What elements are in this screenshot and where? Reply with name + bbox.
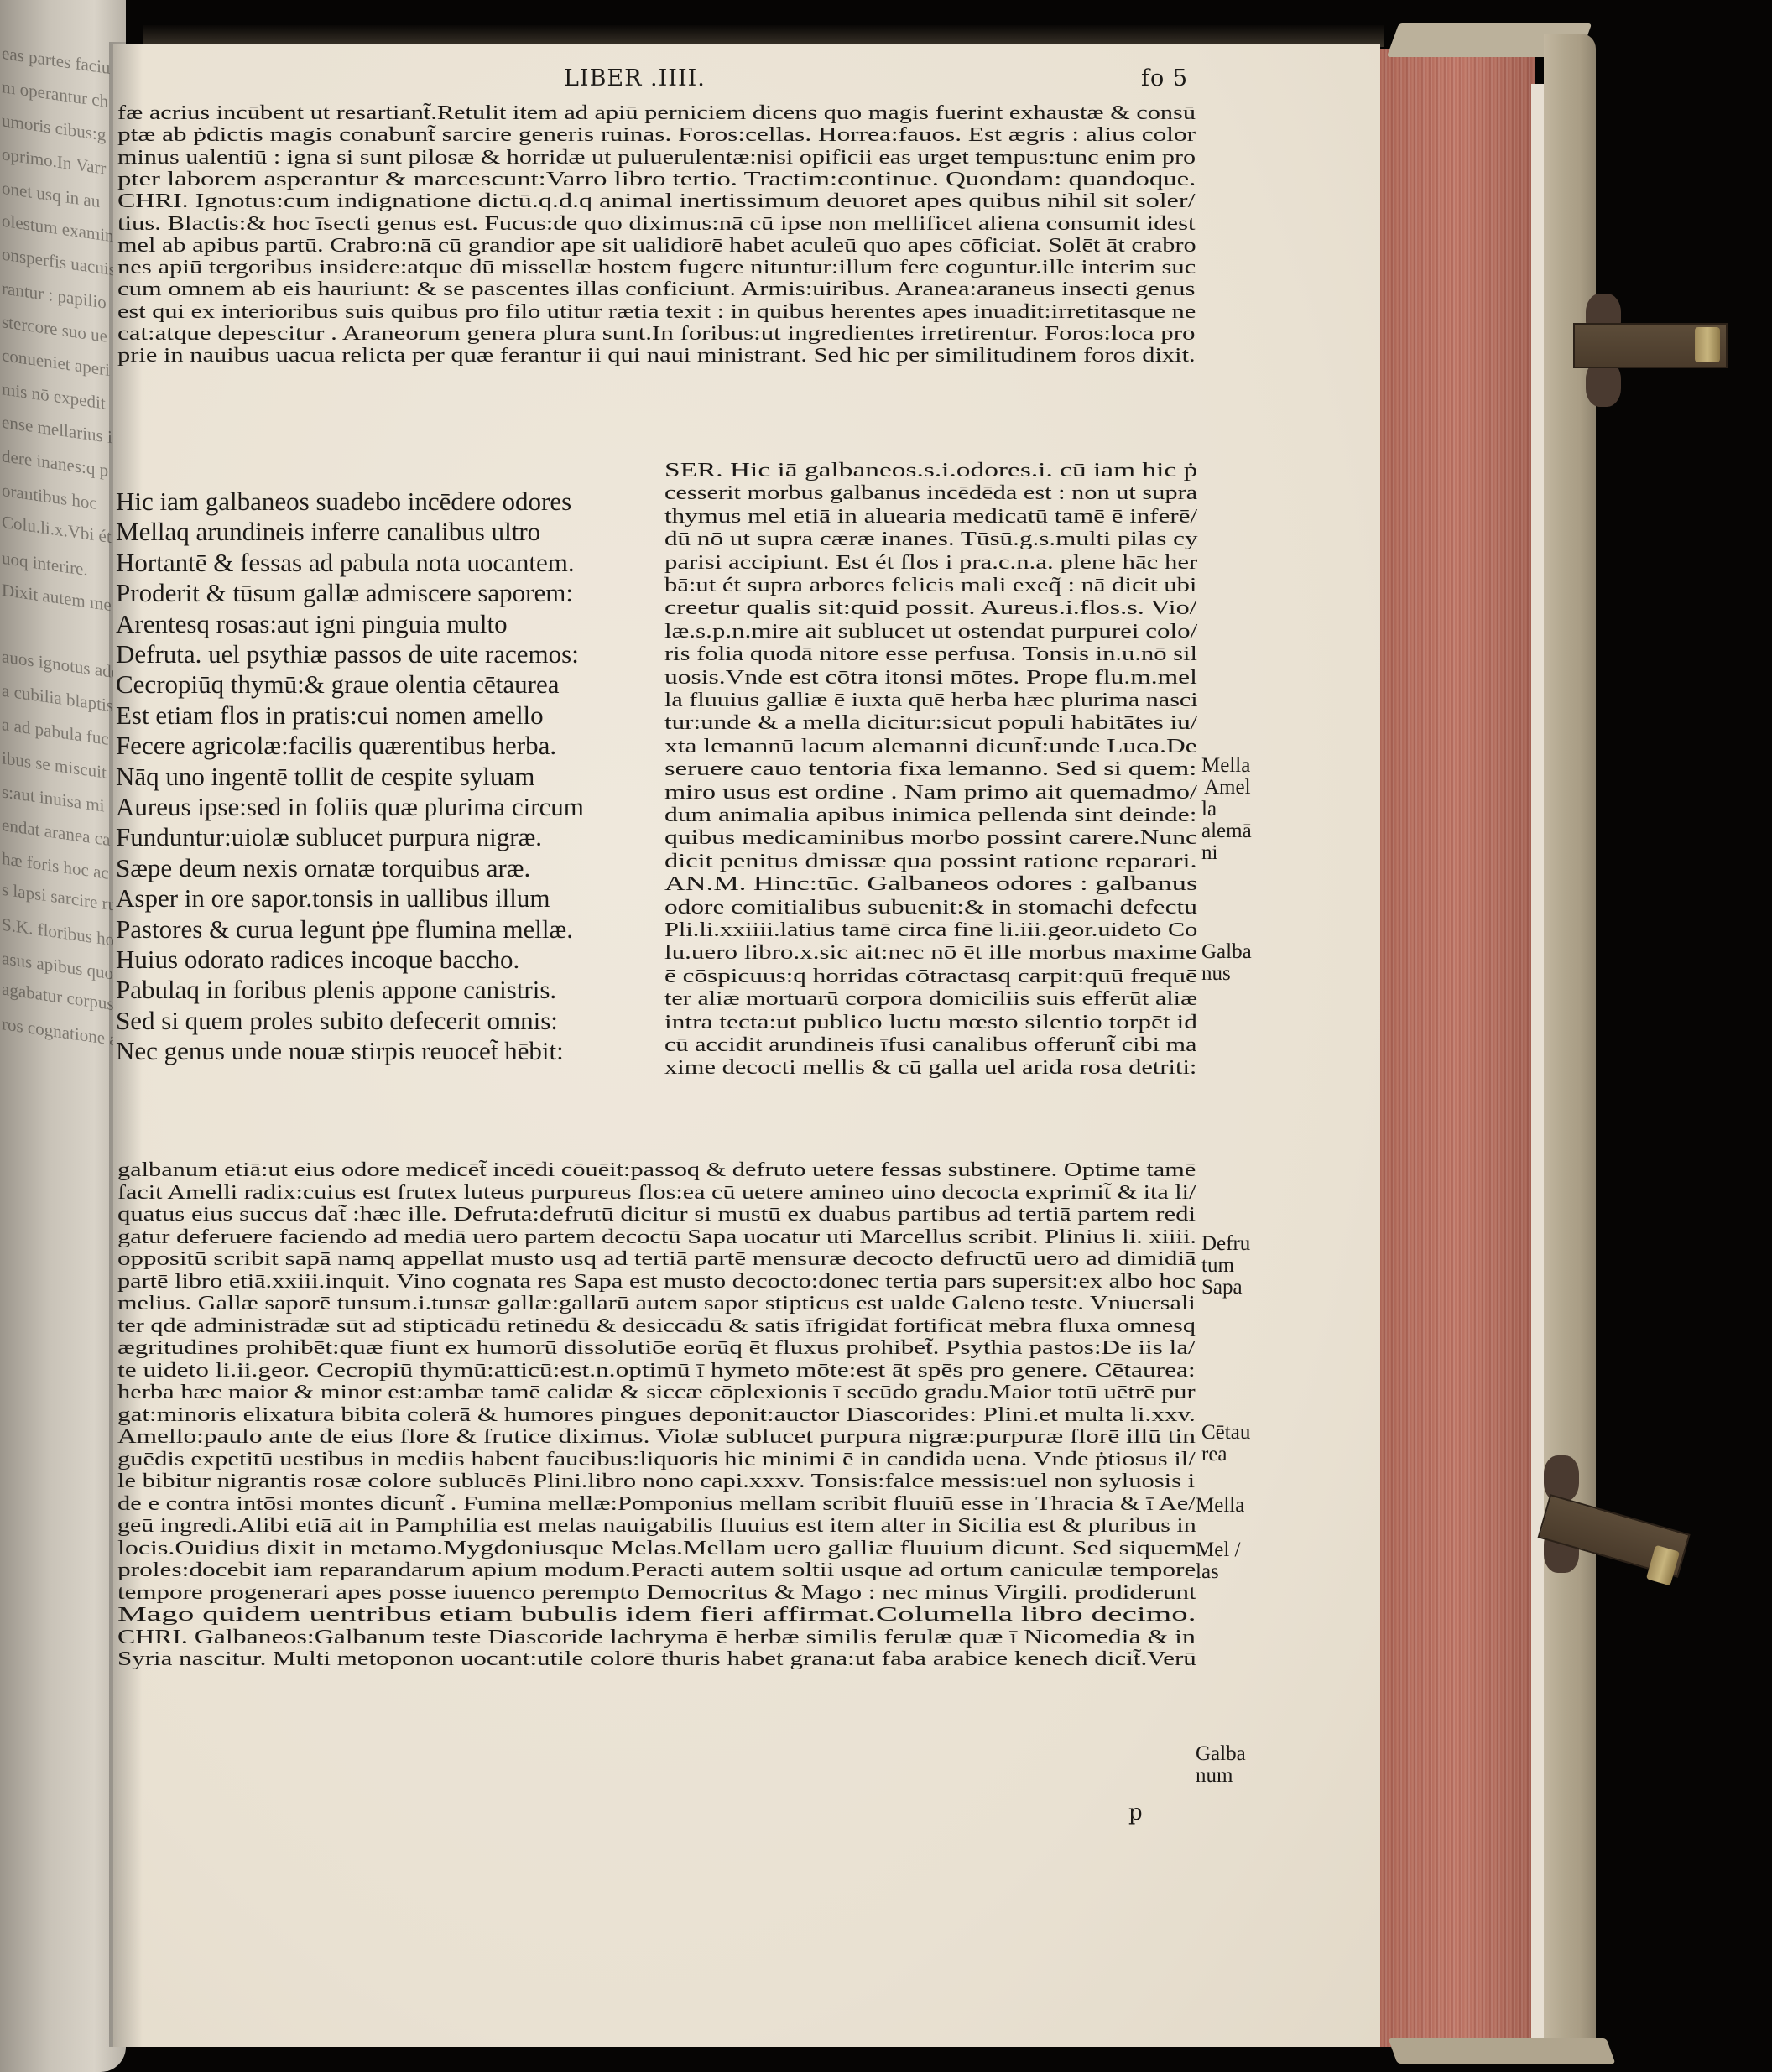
text-line: ris folia quodā nitore esse perfusa. Ton… — [664, 643, 1197, 665]
text-line: Nāq uno ingentē tollit de cespite syluam — [116, 762, 534, 792]
text-line: Pabulaq in foribus plenis appone canistr… — [116, 975, 556, 1005]
left-page-text-line: onet usq in au — [2, 178, 100, 212]
text-line: quibus medicaminibus morbo possint carer… — [664, 826, 1197, 849]
text-line: Mellaq arundineis inferre canalibus ultr… — [116, 517, 540, 547]
text-line: Defruta. uel psythiæ passos de uite race… — [116, 639, 579, 669]
signature-mark: p — [1128, 1800, 1143, 1825]
text-line: tius. Blactis:& hoc īsecti genus est. Fu… — [117, 213, 1196, 235]
text-line: dum animalia apibus inimica pellenda sin… — [664, 804, 1196, 826]
left-page-fragment: eas partes facium operantur chumoris cib… — [0, 0, 126, 2072]
text-line: ter qdē administrādæ sūt ad stipticādū r… — [117, 1315, 1196, 1337]
text-line: parisi accipiunt. Est ét flos i pra.c.n.… — [664, 551, 1197, 574]
text-line: prie in nauibus uacua relicta per quæ fe… — [117, 345, 1196, 367]
left-page-text-line: stercore suo ue — [2, 311, 107, 347]
text-line: Mago quidem uentribus etiam bubulis idem… — [117, 1604, 1196, 1626]
text-line: ē cōspicuus:q horridas cōtractasq carpit… — [664, 965, 1197, 987]
red-page-edge-shade — [1380, 49, 1535, 2047]
margin-note: Mella — [1196, 1495, 1244, 1517]
margin-note: Cētau — [1201, 1422, 1250, 1444]
text-line: ptæ ab ṗdictis magis conabunt̃ sarcire g… — [117, 124, 1196, 146]
text-line: facit Amelli radix:cuius est frutex lute… — [117, 1182, 1196, 1204]
text-line: le bibitur nigrantis rosæ colore sublucē… — [117, 1471, 1195, 1492]
text-line: AN.M. Hinc:tūc. Galbaneos odores : galba… — [664, 872, 1197, 895]
left-page-text-line: s lapsi sarcire ruinas. — [2, 879, 126, 921]
text-line: de e contra intōsi montes dicunt̃ . Fumi… — [117, 1493, 1196, 1515]
margin-note: Galba — [1196, 1743, 1246, 1765]
text-line: ter aliæ mortuarū corpora domiciliis sui… — [664, 987, 1197, 1010]
left-page-text-line: ense mellarius i — [2, 412, 112, 449]
text-line: ægritudines prohibēt:quæ fiunt ex humorū… — [117, 1337, 1196, 1359]
text-line: Nec genus unde nouæ stirpis reuocet̃ hēb… — [116, 1036, 564, 1066]
text-line: miro usus est ordine . Nam primo ait que… — [664, 781, 1197, 804]
margin-note: nus — [1201, 963, 1231, 985]
left-page-text-line: olestum examin — [2, 211, 114, 247]
text-line: creetur qualis sit:quid possit. Aureus.i… — [664, 596, 1197, 619]
vellum-cover-bottom-corner — [1389, 2038, 1616, 2064]
text-line: dū nō ut supra cæræ inanes. Tūsū.g.s.mul… — [664, 528, 1198, 550]
text-line: proles:docebit iam reparandarum apium mo… — [117, 1559, 1196, 1581]
left-page-text-line: S.K. floribus horr — [2, 914, 126, 953]
text-line: dicit penitus dmissæ qua possint ratione… — [664, 850, 1197, 872]
text-line: xime decocti mellis & cū galla uel arida… — [664, 1056, 1196, 1079]
left-page-text-line: orantibus hoc — [2, 480, 97, 514]
text-line: est qui ex interioribus suis quibus pro … — [117, 301, 1196, 323]
text-line: guēdis expetitū uestibus in mediis haben… — [117, 1449, 1196, 1471]
text-line: Syria nascitur. Multi metoponon uocant:u… — [117, 1648, 1196, 1670]
margin-note: la — [1201, 799, 1217, 820]
text-line: locis.Ouidius dixit in metamo.Mygdoniusq… — [117, 1538, 1196, 1559]
text-line: cū accidit arundineis īfusi canalibus of… — [664, 1033, 1196, 1056]
left-page-text-line: umoris cibus:g — [2, 110, 106, 145]
left-page-text-line: uoq interire. — [2, 548, 88, 580]
text-line: lu.uero libro.x.sic ait:nec nō ēt ille m… — [664, 941, 1196, 964]
text-line: Cecropiūq thymū:& graue olentia cētaurea — [116, 669, 560, 700]
text-line: Asper in ore sapor.tonsis in uallibus il… — [116, 883, 550, 914]
left-page-text-line: dere inanes:q p — [2, 445, 108, 482]
text-line: quatus eius succus dat̃ :hæc ille. Defru… — [117, 1204, 1196, 1226]
text-line: CHRI. Galbaneos:Galbanum teste Diascorid… — [117, 1627, 1196, 1648]
text-line: Fecere agricolæ:facilis quærentibus herb… — [116, 731, 556, 761]
text-line: intra tecta:ut publico luctu mœsto silen… — [664, 1011, 1197, 1033]
text-line: la fluuius galliæ ē iuxta quē herba hæc … — [664, 689, 1198, 711]
text-line: Sed si quem proles subito defecerit omni… — [116, 1006, 558, 1036]
text-line: odore comitialibus subuenit:& in stomach… — [664, 896, 1197, 919]
margin-note: Galba — [1201, 941, 1252, 963]
left-page-text-line: eas partes faciu — [2, 43, 110, 79]
text-line: Huius odorato radices incoque baccho. — [116, 945, 519, 975]
margin-note: Mella — [1201, 755, 1250, 777]
margin-note: ni — [1201, 842, 1217, 864]
text-line: Amello:paulo ante de eius flore & frutic… — [117, 1426, 1196, 1448]
text-line: partē libro etiā.xxiii.inquit. Vino cogn… — [117, 1271, 1196, 1293]
left-page-text-line: auos ignotus ade — [2, 646, 119, 684]
margin-note: alemā — [1201, 820, 1252, 842]
text-line: fæ acrius incūbent ut resartiant̃.Retuli… — [117, 102, 1196, 124]
text-line: seruere cauo tentoria fixa lemanno. Sed … — [664, 757, 1196, 780]
text-line: SER. Hic iā galbaneos.s.i.odores.i. cū i… — [664, 459, 1197, 482]
left-page-text-line: Dixit autem me — [2, 580, 112, 616]
text-line: cum omnem ab eis hauriunt: & se pascente… — [117, 279, 1195, 300]
text-line: Pastores & curua legunt ṗpe flumina mell… — [116, 914, 573, 945]
text-line: nes apiū tergoribus insidere:atque dū mi… — [117, 257, 1196, 279]
left-page-text-line: endat aranea ca — [2, 815, 110, 851]
text-line: galbanum etiā:ut eius odore medicēt̃ inc… — [117, 1159, 1196, 1181]
text-line: geū ingredi.Alibi etiā ait in Pamphilia … — [117, 1515, 1196, 1537]
text-line: minus ualentiū : igna si sunt pilosæ & h… — [117, 147, 1196, 169]
text-line: oppositū scribit sapā namq appellat must… — [117, 1248, 1196, 1270]
text-line: Pli.li.xxiiii.latius tamē circa finē li.… — [664, 919, 1197, 941]
left-page-text-line: ibus se miscuit — [2, 747, 107, 784]
text-line: uosis.Vnde est cōtra itonsi mōtes. Prope… — [664, 666, 1197, 689]
margin-note: Sapa — [1201, 1277, 1243, 1299]
text-line: xta lemannū lacum alemanni dicunt̃:unde … — [664, 735, 1197, 757]
text-line: CHRI. Ignotus:cum indignatione dictū.q.d… — [117, 190, 1196, 212]
left-page-text-line: oprimo.In Varr — [2, 143, 106, 179]
left-page-text-line: a ad pabula fuc — [2, 714, 109, 750]
text-line: Hortantē & fessas ad pabula nota uocante… — [116, 548, 575, 578]
text-line: gat:minoris elixatura bibita colerā & hu… — [117, 1404, 1196, 1426]
margin-note: las — [1196, 1561, 1219, 1583]
text-line: tur:unde & a mella dicitur:sicut populi … — [664, 711, 1197, 734]
text-line: te uideto li.ii.geor. Cecropiū thymū:att… — [117, 1360, 1196, 1382]
left-page-text-line: rantur : papilio — [2, 278, 107, 314]
text-line: læ.s.p.n.mire ait sublucet ut ostendat p… — [664, 620, 1197, 643]
text-line: Arentesq rosas:aut igni pinguia multo — [116, 609, 508, 639]
left-page-text-line: mis nō expedit — [2, 378, 106, 414]
left-page-text-line: s:aut inuisa mi — [2, 781, 105, 816]
folio-number: fo 5 — [1141, 65, 1188, 91]
left-page-text-line: hæ foris hoc ac — [2, 848, 109, 884]
margin-note: Amel — [1204, 777, 1251, 799]
margin-note: Defru — [1201, 1233, 1250, 1255]
text-line: gatur deferuere faciendo ad mediā uero p… — [117, 1226, 1196, 1248]
text-line: bā:ut ét supra arbores felicis mali exeq… — [664, 574, 1196, 596]
left-page-text-line: m operantur ch — [2, 76, 108, 112]
text-line: Aureus ipse:sed in foliis quæ plurima ci… — [116, 792, 584, 822]
text-line: Proderit & tūsum gallæ admiscere saporem… — [116, 578, 573, 608]
text-line: pter laborem asperantur & marcescunt:Var… — [117, 169, 1196, 190]
left-page-text-line: asus apibus quoq — [2, 948, 122, 986]
text-line: cesserit morbus galbanus incēdēda est : … — [664, 482, 1197, 504]
text-line: mel ab apibus partū. Crabro:nā cū grandi… — [117, 235, 1196, 257]
margin-note: rea — [1201, 1444, 1227, 1465]
margin-note: num — [1196, 1765, 1233, 1787]
margin-note: tum — [1201, 1255, 1234, 1277]
text-line: Est etiam flos in pratis:cui nomen amell… — [116, 700, 544, 731]
left-page-text-line: a cubilia blaptis — [2, 680, 113, 717]
text-line: herba hæc maior & minor est:ambæ tamē ca… — [117, 1382, 1196, 1403]
text-line: thymus mel etiā in aluearia medicatū tam… — [664, 505, 1197, 528]
clasp-top-brass-tip — [1695, 327, 1720, 362]
running-head: LIBER .IIII. — [564, 65, 706, 91]
text-line: Funduntur:uiolæ sublucet purpura nigræ. — [116, 822, 542, 852]
text-line: tempore progenerari apes posse iuuenco p… — [117, 1582, 1196, 1604]
left-page-text-line: Colu.li.x.Vbi ét d — [2, 512, 124, 550]
text-line: cat:atque depescitur . Araneorum genera … — [117, 323, 1195, 345]
text-line: Hic iam galbaneos suadebo incēdere odore… — [116, 487, 571, 517]
text-line: melius. Gallæ saporē tunsum.i.tunsæ gall… — [117, 1293, 1196, 1315]
left-page-text-line: onsperfis uacuis — [2, 243, 116, 280]
margin-note: Mel / — [1196, 1539, 1240, 1561]
text-line: Sæpe deum nexis ornatæ torquibus aræ. — [116, 853, 530, 883]
left-page-text-line: ros cognatione agris — [2, 1013, 126, 1054]
left-page-text-line: conueniet aperi — [2, 345, 110, 381]
